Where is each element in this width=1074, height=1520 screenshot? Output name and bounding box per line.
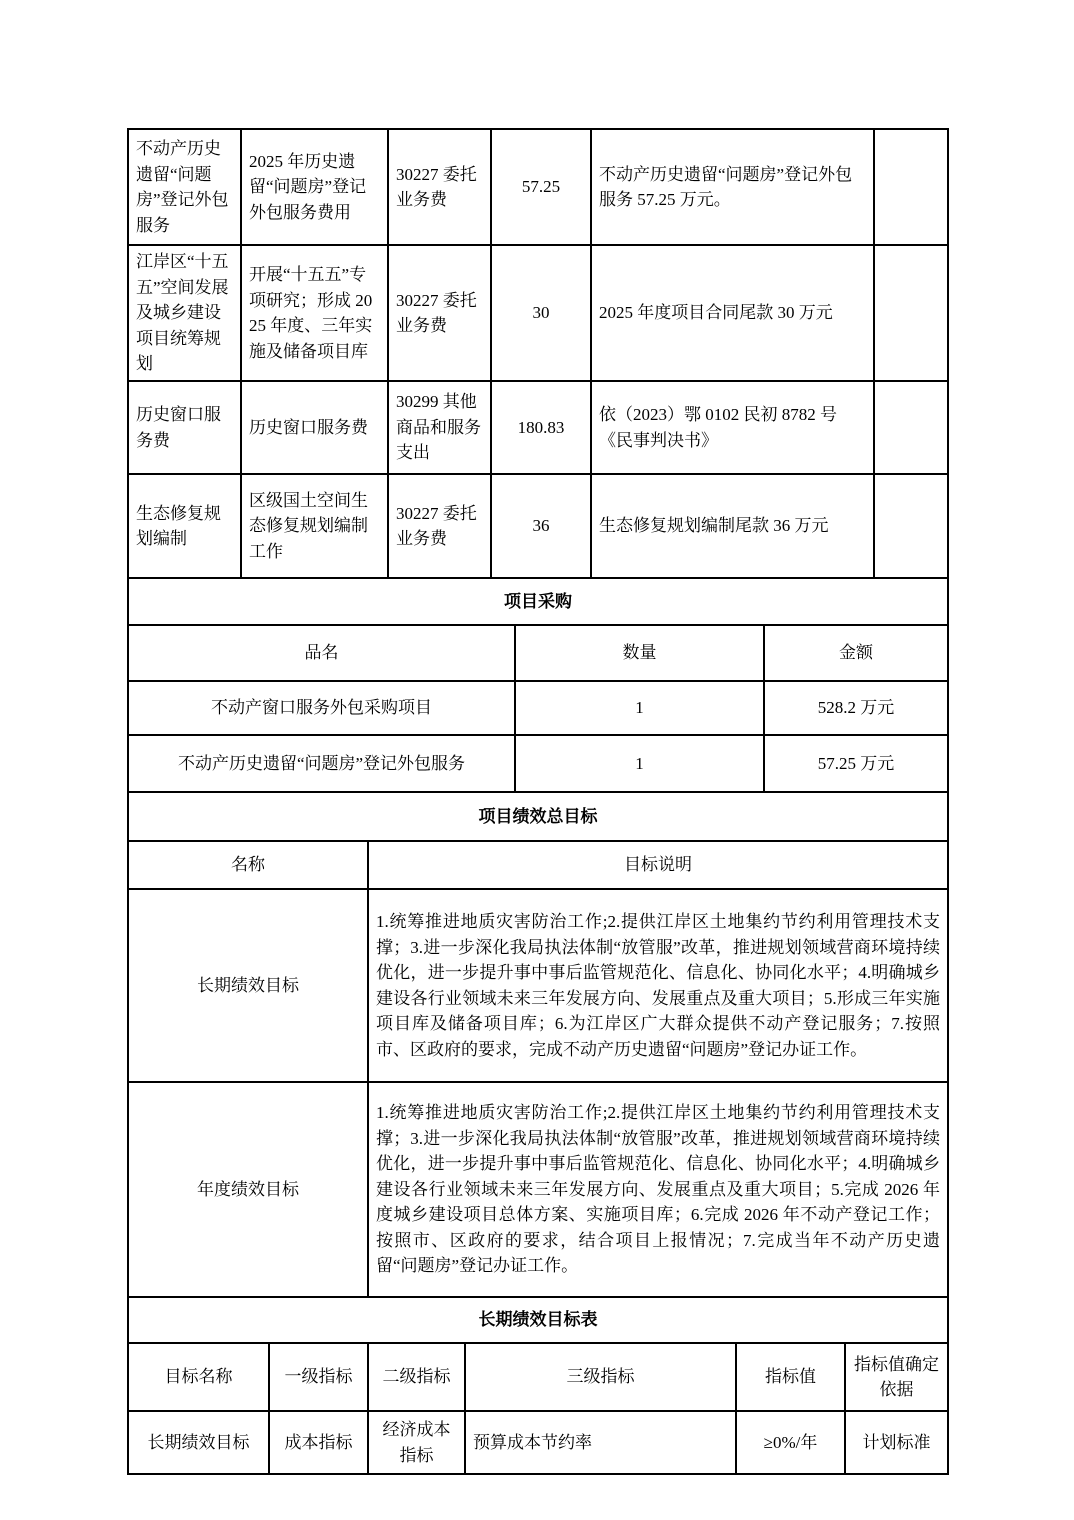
- project-name-cell: 江岸区“十五五”空间发展及城乡建设项目统筹规划: [128, 245, 241, 381]
- longterm-indicator-table: 长期绩效目标表 目标名称 一级指标 二级指标 三级指标 指标值 指标值确定依据 …: [127, 1296, 949, 1475]
- column-header-level2-indicator: 二级指标: [368, 1343, 465, 1411]
- section-title-row: 项目绩效总目标: [128, 792, 948, 841]
- goal-name-cell: 长期绩效目标: [128, 889, 368, 1082]
- column-header-level3-indicator: 三级指标: [465, 1343, 736, 1411]
- project-desc-cell: 区级国土空间生态修复规划编制工作: [241, 474, 388, 578]
- procurement-section-title: 项目采购: [128, 578, 948, 625]
- table-row: 不动产历史遗留“问题房”登记外包服务 2025 年历史遗留“问题房”登记外包服务…: [128, 129, 948, 245]
- account-code-cell: 30227 委托业务费: [388, 245, 491, 381]
- goal-name-cell: 年度绩效目标: [128, 1082, 368, 1297]
- header-row: 目标名称 一级指标 二级指标 三级指标 指标值 指标值确定依据: [128, 1343, 948, 1411]
- column-header-quantity: 数量: [515, 625, 764, 681]
- column-header-goal-description: 目标说明: [368, 841, 948, 889]
- document-content: 不动产历史遗留“问题房”登记外包服务 2025 年历史遗留“问题房”登记外包服务…: [127, 128, 947, 1475]
- item-name-cell: 不动产历史遗留“问题房”登记外包服务: [128, 735, 515, 792]
- item-name-cell: 不动产窗口服务外包采购项目: [128, 681, 515, 735]
- goal-description-cell: 1.统筹推进地质灾害防治工作;2.提供江岸区土地集约节约利用管理技术支撑；3.进…: [368, 889, 948, 1082]
- project-desc-cell: 开展“十五五”专项研究；形成 2025 年度、三年实施及储备项目库: [241, 245, 388, 381]
- note-cell: 不动产历史遗留“问题房”登记外包服务 57.25 万元。: [591, 129, 874, 245]
- table-row: 江岸区“十五五”空间发展及城乡建设项目统筹规划 开展“十五五”专项研究；形成 2…: [128, 245, 948, 381]
- amount-cell: 57.25 万元: [764, 735, 948, 792]
- table-row: 不动产窗口服务外包采购项目 1 528.2 万元: [128, 681, 948, 735]
- indicator-value-cell: ≥0%/年: [736, 1411, 845, 1474]
- note-cell: 2025 年度项目合同尾款 30 万元: [591, 245, 874, 381]
- document-page: 不动产历史遗留“问题房”登记外包服务 2025 年历史遗留“问题房”登记外包服务…: [0, 0, 1074, 1520]
- header-row: 品名 数量 金额: [128, 625, 948, 681]
- project-name-cell: 历史窗口服务费: [128, 381, 241, 474]
- column-header-value-basis: 指标值确定依据: [845, 1343, 948, 1411]
- column-header-item-name: 品名: [128, 625, 515, 681]
- column-header-amount: 金额: [764, 625, 948, 681]
- empty-cell: [874, 129, 948, 245]
- account-code-cell: 30299 其他商品和服务支出: [388, 381, 491, 474]
- procurement-table: 项目采购 品名 数量 金额 不动产窗口服务外包采购项目 1 528.2 万元 不…: [127, 577, 949, 793]
- table-row: 不动产历史遗留“问题房”登记外包服务 1 57.25 万元: [128, 735, 948, 792]
- column-header-indicator-value: 指标值: [736, 1343, 845, 1411]
- value-basis-cell: 计划标准: [845, 1411, 948, 1474]
- empty-cell: [874, 474, 948, 578]
- section-title-row: 项目采购: [128, 578, 948, 625]
- level3-indicator-cell: 预算成本节约率: [465, 1411, 736, 1474]
- quantity-cell: 1: [515, 735, 764, 792]
- longterm-section-title: 长期绩效目标表: [128, 1297, 948, 1343]
- project-name-cell: 不动产历史遗留“问题房”登记外包服务: [128, 129, 241, 245]
- section-title-row: 长期绩效目标表: [128, 1297, 948, 1343]
- amount-cell: 528.2 万元: [764, 681, 948, 735]
- budget-detail-table: 不动产历史遗留“问题房”登记外包服务 2025 年历史遗留“问题房”登记外包服务…: [127, 128, 949, 579]
- amount-cell: 180.83: [491, 381, 591, 474]
- note-cell: 依（2023）鄂 0102 民初 8782 号《民事判决书》: [591, 381, 874, 474]
- performance-section-title: 项目绩效总目标: [128, 792, 948, 841]
- column-header-goal-name: 目标名称: [128, 1343, 269, 1411]
- table-row: 长期绩效目标 1.统筹推进地质灾害防治工作;2.提供江岸区土地集约节约利用管理技…: [128, 889, 948, 1082]
- table-row: 长期绩效目标 成本指标 经济成本指标 预算成本节约率 ≥0%/年 计划标准: [128, 1411, 948, 1474]
- goal-description-cell: 1.统筹推进地质灾害防治工作;2.提供江岸区土地集约节约利用管理技术支撑；3.进…: [368, 1082, 948, 1297]
- empty-cell: [874, 381, 948, 474]
- level1-indicator-cell: 成本指标: [269, 1411, 368, 1474]
- column-header-level1-indicator: 一级指标: [269, 1343, 368, 1411]
- performance-goal-table: 项目绩效总目标 名称 目标说明 长期绩效目标 1.统筹推进地质灾害防治工作;2.…: [127, 791, 949, 1298]
- column-header-goal-name: 名称: [128, 841, 368, 889]
- amount-cell: 57.25: [491, 129, 591, 245]
- goal-name-cell: 长期绩效目标: [128, 1411, 269, 1474]
- table-row: 年度绩效目标 1.统筹推进地质灾害防治工作;2.提供江岸区土地集约节约利用管理技…: [128, 1082, 948, 1297]
- project-desc-cell: 2025 年历史遗留“问题房”登记外包服务费用: [241, 129, 388, 245]
- table-row: 历史窗口服务费 历史窗口服务费 30299 其他商品和服务支出 180.83 依…: [128, 381, 948, 474]
- amount-cell: 36: [491, 474, 591, 578]
- header-row: 名称 目标说明: [128, 841, 948, 889]
- project-desc-cell: 历史窗口服务费: [241, 381, 388, 474]
- account-code-cell: 30227 委托业务费: [388, 474, 491, 578]
- level2-indicator-cell: 经济成本指标: [368, 1411, 465, 1474]
- account-code-cell: 30227 委托业务费: [388, 129, 491, 245]
- table-row: 生态修复规划编制 区级国土空间生态修复规划编制工作 30227 委托业务费 36…: [128, 474, 948, 578]
- amount-cell: 30: [491, 245, 591, 381]
- project-name-cell: 生态修复规划编制: [128, 474, 241, 578]
- quantity-cell: 1: [515, 681, 764, 735]
- empty-cell: [874, 245, 948, 381]
- note-cell: 生态修复规划编制尾款 36 万元: [591, 474, 874, 578]
